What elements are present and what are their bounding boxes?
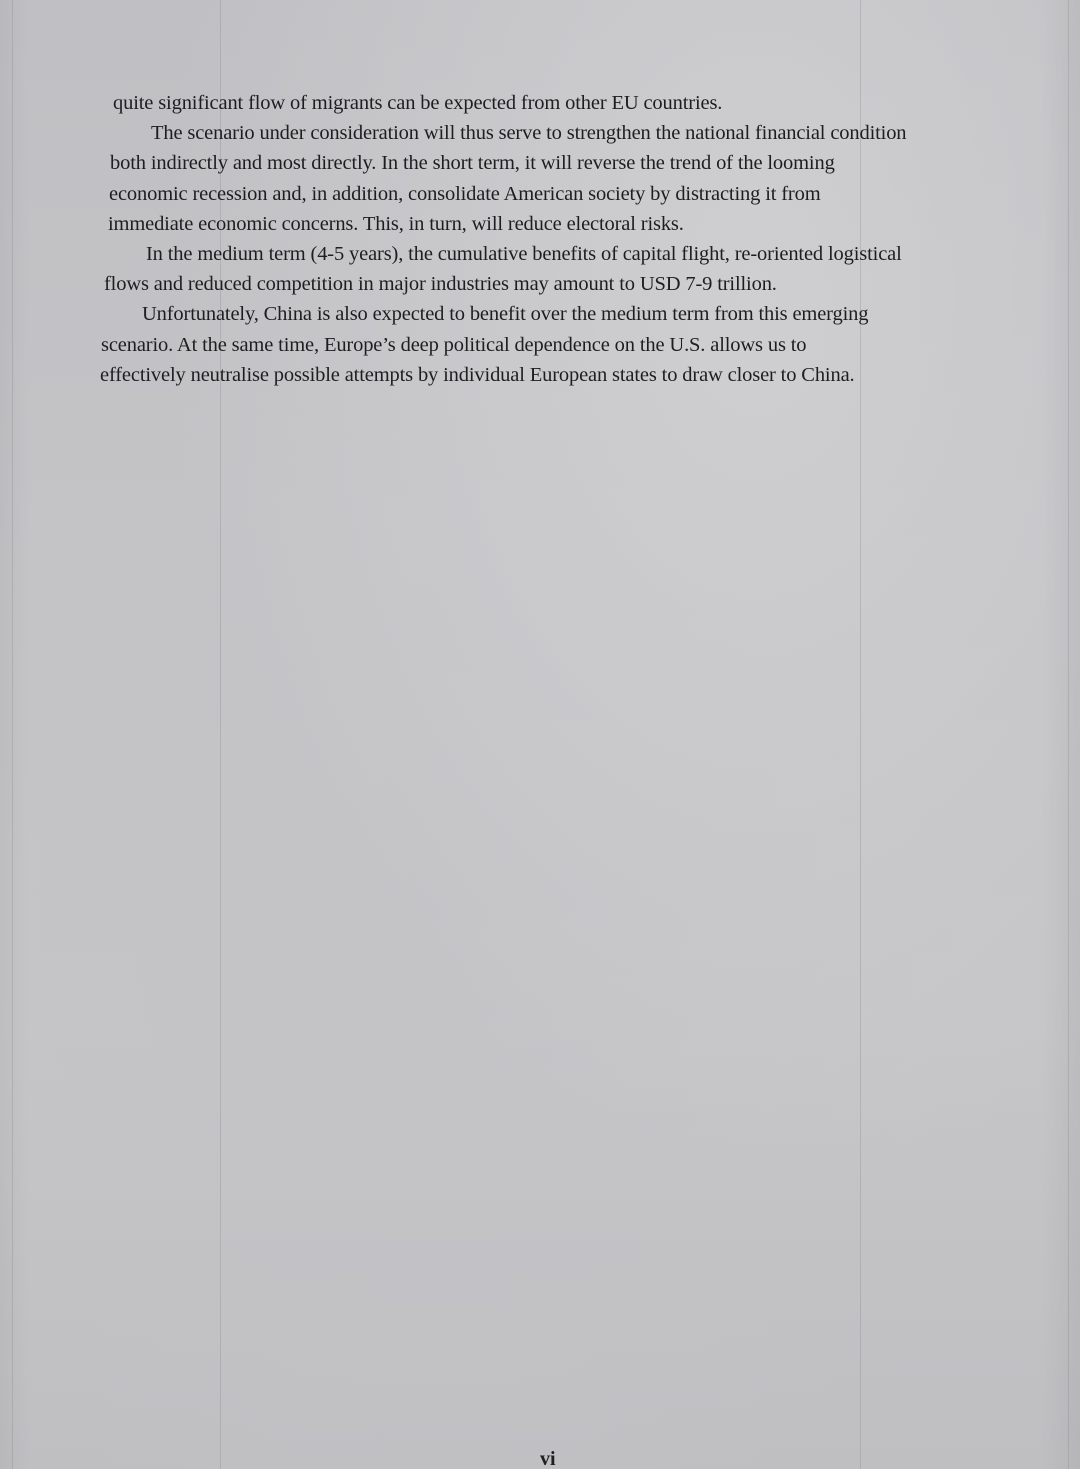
text-line: flows and reduced competition in major i… [104,269,1030,299]
text-line: quite significant flow of migrants can b… [113,88,1030,118]
page-edge [1068,0,1069,1469]
text-line: economic recession and, in addition, con… [109,179,1030,209]
text-line: effectively neutralise possible attempts… [100,360,1030,390]
paragraph-start-line: In the medium term (4-5 years), the cumu… [106,239,1030,269]
page-edge [12,0,13,1469]
text-line: scenario. At the same time, Europe’s dee… [101,330,1030,360]
page-number: vi [540,1448,556,1469]
paragraph-start-line: The scenario under consideration will th… [111,118,1030,148]
document-body: quite significant flow of migrants can b… [100,88,1030,390]
text-line: immediate economic concerns. This, in tu… [108,209,1030,239]
text-line: both indirectly and most directly. In th… [110,148,1030,178]
paragraph-start-line: Unfortunately, China is also expected to… [102,299,1030,329]
